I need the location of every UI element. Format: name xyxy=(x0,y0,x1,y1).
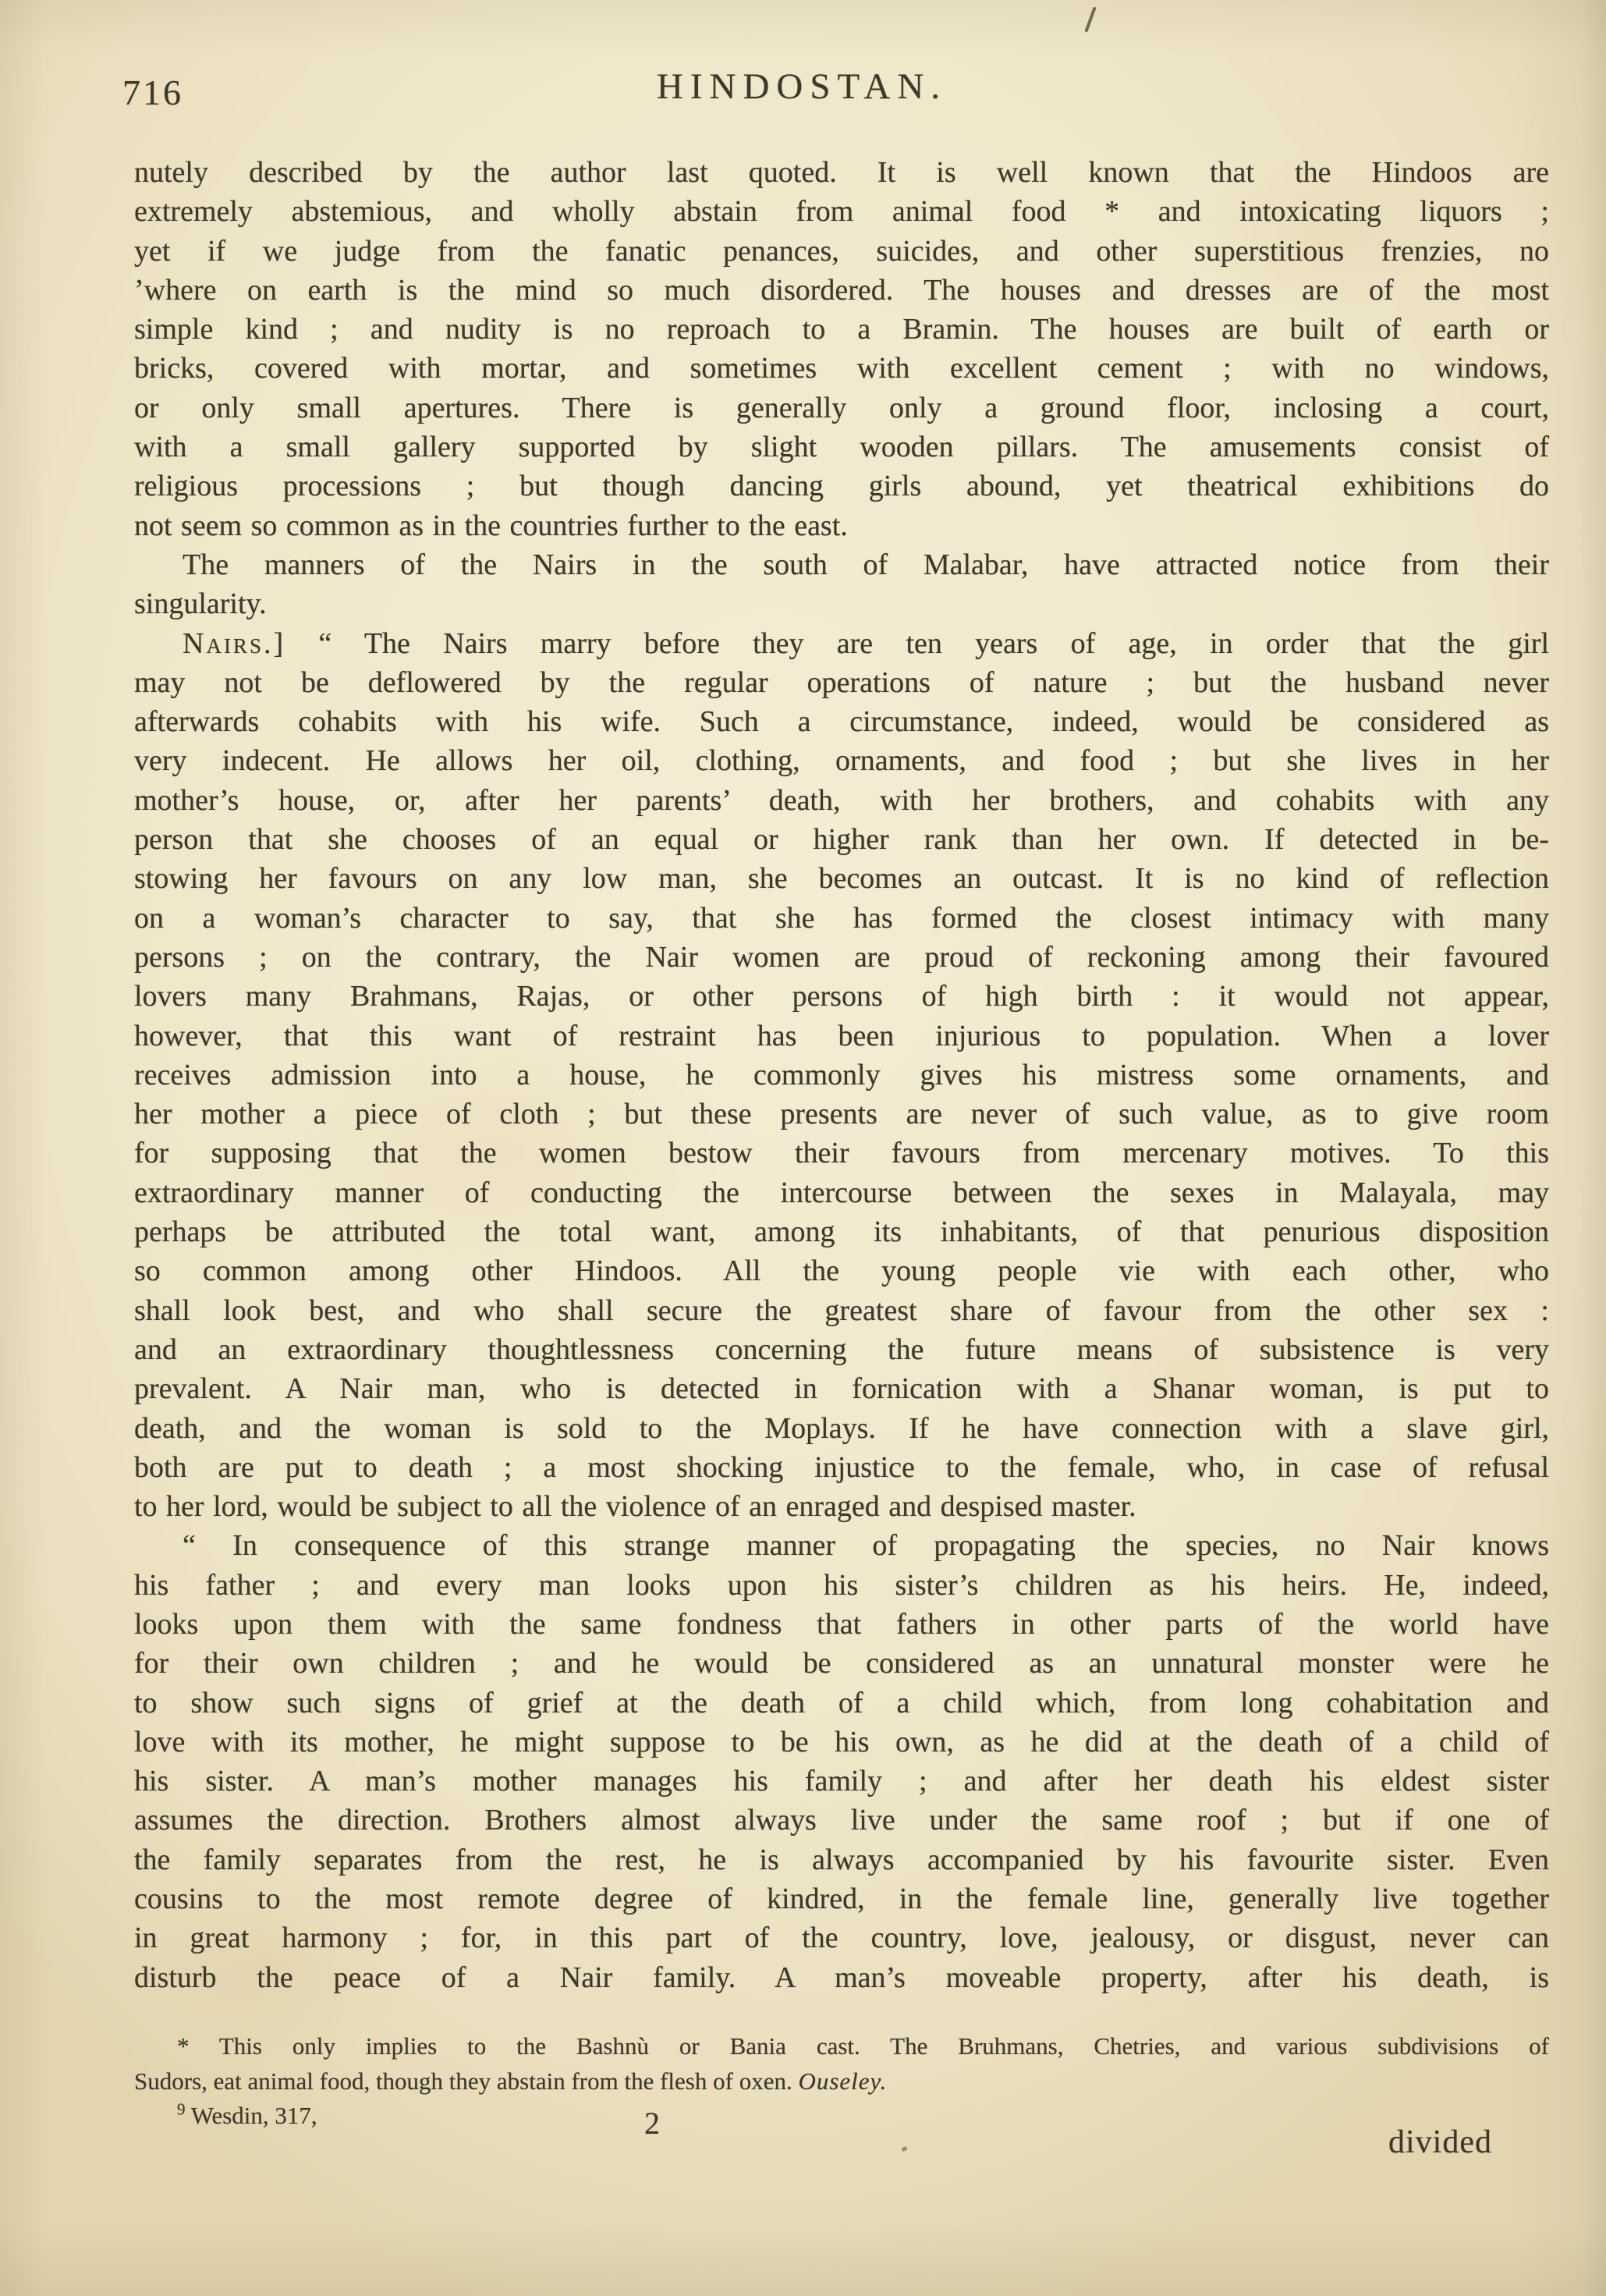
text-line: lovers many Brahmans, Rajas, or other pe… xyxy=(134,977,1549,1016)
text-line: love with its mother, he might suppose t… xyxy=(134,1723,1549,1762)
text-line: mother’s house, or, after her parents’ d… xyxy=(134,781,1549,820)
footnote-line: 9 Wesdin, 317, xyxy=(134,2099,1549,2134)
footnote-line: Sudors, eat animal food, though they abs… xyxy=(134,2064,1549,2099)
text-line: “ In consequence of this strange manner … xyxy=(134,1526,1549,1565)
text-line: extraordinary manner of conducting the i… xyxy=(134,1173,1549,1212)
text-line: persons ; on the contrary, the Nair wome… xyxy=(134,938,1549,977)
text-line: to show such signs of grief at the death… xyxy=(134,1684,1549,1723)
text-line: so common among other Hindoos. All the y… xyxy=(134,1251,1549,1290)
text-line: looks upon them with the same fondness t… xyxy=(134,1605,1549,1644)
text-line: in great harmony ; for, in this part of … xyxy=(134,1918,1549,1957)
text-line: both are put to death ; a most shocking … xyxy=(134,1448,1549,1487)
text-line: afterwards cohabits with his wife. Such … xyxy=(134,702,1549,741)
running-header: HINDOSTAN. xyxy=(638,66,966,108)
text-line: prevalent. A Nair man, who is detected i… xyxy=(134,1369,1549,1408)
text-line: receives admission into a house, he comm… xyxy=(134,1056,1549,1095)
text-line: to her lord, would be subject to all the… xyxy=(134,1487,1549,1526)
text-line: his father ; and every man looks upon hi… xyxy=(134,1566,1549,1605)
footnote-source-name: Ouseley. xyxy=(798,2067,887,2095)
text-line: and an extraordinary thoughtlessness con… xyxy=(134,1330,1549,1369)
text-line: very indecent. He allows her oil, clothi… xyxy=(134,741,1549,780)
text-line: cousins to the most remote degree of kin… xyxy=(134,1879,1549,1918)
stray-ink-mark xyxy=(1084,6,1096,32)
text-line: or only small apertures. There is genera… xyxy=(134,389,1549,428)
text-line: person that she chooses of an equal or h… xyxy=(134,820,1549,859)
text-line: perhaps be attributed the total want, am… xyxy=(134,1212,1549,1251)
text-line: however, that this want of restraint has… xyxy=(134,1017,1549,1056)
text-line: bricks, covered with mortar, and sometim… xyxy=(134,349,1549,388)
text-line: disturb the peace of a Nair family. A ma… xyxy=(134,1958,1549,1997)
stray-ink-dot xyxy=(901,2146,908,2152)
text-line: stowing her favours on any low man, she … xyxy=(134,859,1549,898)
text-line: Nairs.] “ The Nairs marry before they ar… xyxy=(134,624,1549,663)
text-line: with a small gallery supported by slight… xyxy=(134,428,1549,467)
text-line: his sister. A man’s mother manages his f… xyxy=(134,1762,1549,1801)
text-line: nutely described by the author last quot… xyxy=(134,153,1549,192)
text-line: assumes the direction. Brothers almost a… xyxy=(134,1801,1549,1840)
text-line: extremely abstemious, and wholly abstain… xyxy=(134,192,1549,231)
footnote-marker: 9 xyxy=(177,2100,186,2119)
footnote-line: * This only implies to the Bashnù or Ban… xyxy=(134,2029,1549,2064)
text-line: her mother a piece of cloth ; but these … xyxy=(134,1095,1549,1134)
text-line: for their own children ; and he would be… xyxy=(134,1644,1549,1683)
catchword: divided xyxy=(1388,2124,1492,2161)
body-text: nutely described by the author last quot… xyxy=(134,153,1549,1997)
page-number: 716 xyxy=(122,72,183,113)
smallcaps-lead: Nairs.] xyxy=(183,627,285,660)
book-page-scan: 716 HINDOSTAN. nutely described by the a… xyxy=(0,0,1606,2296)
signature-mark: 2 xyxy=(644,2105,660,2142)
text-line: death, and the woman is sold to the Mopl… xyxy=(134,1409,1549,1448)
footnote-block: * This only implies to the Bashnù or Ban… xyxy=(134,2029,1549,2134)
text-line: religious processions ; but though danci… xyxy=(134,467,1549,506)
text-line: yet if we judge from the fanatic penance… xyxy=(134,232,1549,271)
text-line: simple kind ; and nudity is no reproach … xyxy=(134,310,1549,349)
text-line: singularity. xyxy=(134,584,1549,623)
text-line: not seem so common as in the countries f… xyxy=(134,506,1549,545)
text-line: for supposing that the women bestow thei… xyxy=(134,1134,1549,1173)
text-line: may not be deflowered by the regular ope… xyxy=(134,663,1549,702)
text-line: shall look best, and who shall secure th… xyxy=(134,1291,1549,1330)
text-line: ’where on earth is the mind so much diso… xyxy=(134,271,1549,310)
text-line: the family separates from the rest, he i… xyxy=(134,1840,1549,1879)
text-line: on a woman’s character to say, that she … xyxy=(134,899,1549,938)
text-line: The manners of the Nairs in the south of… xyxy=(134,545,1549,584)
